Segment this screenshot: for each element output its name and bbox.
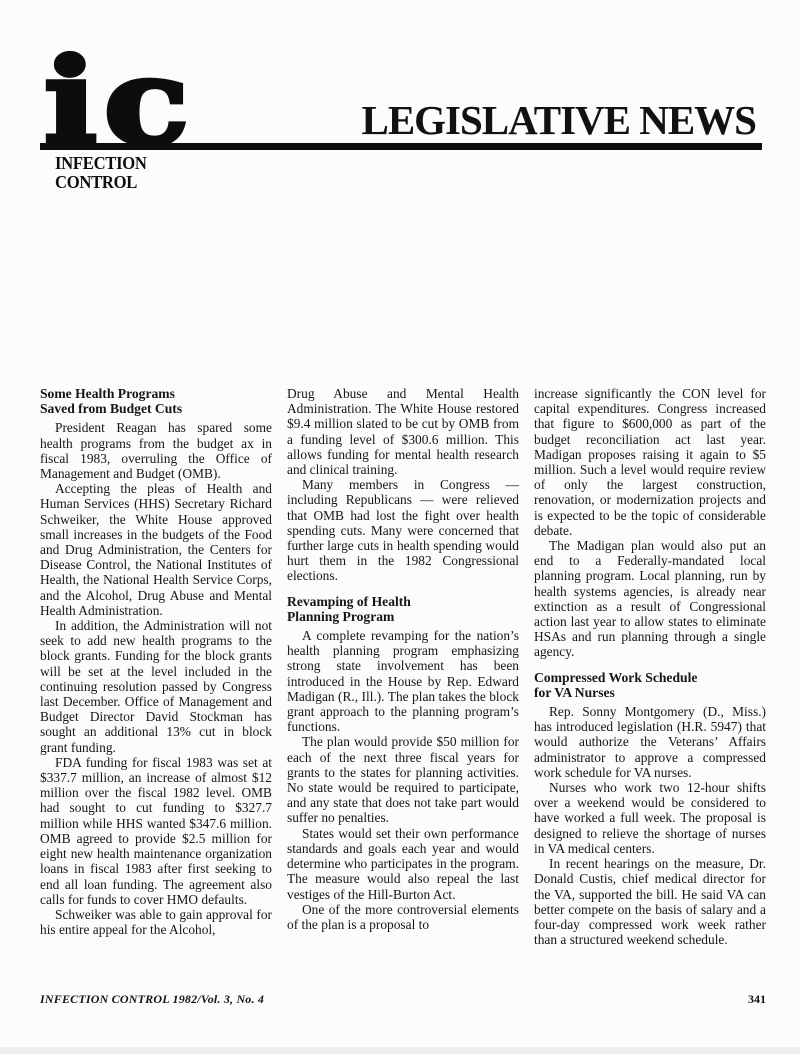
section-title: LEGISLATIVE NEWS xyxy=(361,99,756,141)
journal-name-line2: CONTROL xyxy=(55,173,147,192)
article-column-1: Some Health Programs Saved from Budget C… xyxy=(40,386,272,947)
article-paragraph: Drug Abuse and Mental Health Administrat… xyxy=(287,386,519,477)
article-paragraph: States would set their own performance s… xyxy=(287,826,519,902)
article-paragraph: Many members in Congress — including Rep… xyxy=(287,477,519,583)
article-paragraph: One of the more controversial elements o… xyxy=(287,902,519,932)
article-paragraph: Accepting the pleas of Health and Human … xyxy=(40,481,272,618)
journal-name-line1: INFECTION xyxy=(55,154,147,173)
article-heading: Compressed Work Schedule for VA Nurses xyxy=(534,670,766,700)
page-number: 341 xyxy=(748,992,766,1007)
article-paragraph: President Reagan has spared some health … xyxy=(40,420,272,481)
article-heading: Revamping of Health Planning Program xyxy=(287,594,519,624)
article-paragraph: The plan would provide $50 million for e… xyxy=(287,734,519,825)
journal-page: ic LEGISLATIVE NEWS INFECTION CONTROL So… xyxy=(0,0,800,1054)
article-paragraph: FDA funding for fiscal 1983 was set at $… xyxy=(40,755,272,907)
article-paragraph: Nurses who work two 12-hour shifts over … xyxy=(534,780,766,856)
header-rule xyxy=(40,143,762,150)
article-paragraph: A complete revamping for the nation’s he… xyxy=(287,628,519,734)
article-paragraph: Rep. Sonny Montgomery (D., Miss.) has in… xyxy=(534,704,766,780)
journal-name: INFECTION CONTROL xyxy=(55,154,147,191)
article-paragraph: In recent hearings on the measure, Dr. D… xyxy=(534,856,766,947)
article-column-2: Drug Abuse and Mental Health Administrat… xyxy=(287,386,519,947)
article-paragraph: The Madigan plan would also put an end t… xyxy=(534,538,766,660)
footer-journal-line: INFECTION CONTROL 1982/Vol. 3, No. 4 xyxy=(40,992,264,1007)
article-paragraph: In addition, the Administration will not… xyxy=(40,618,272,755)
article-columns: Some Health Programs Saved from Budget C… xyxy=(40,386,768,947)
article-paragraph: increase significantly the CON level for… xyxy=(534,386,766,538)
article-paragraph: Schweiker was able to gain approval for … xyxy=(40,907,272,937)
page-footer: INFECTION CONTROL 1982/Vol. 3, No. 4 341 xyxy=(40,992,766,1007)
article-column-3: increase significantly the CON level for… xyxy=(534,386,766,947)
article-heading: Some Health Programs Saved from Budget C… xyxy=(40,386,272,416)
